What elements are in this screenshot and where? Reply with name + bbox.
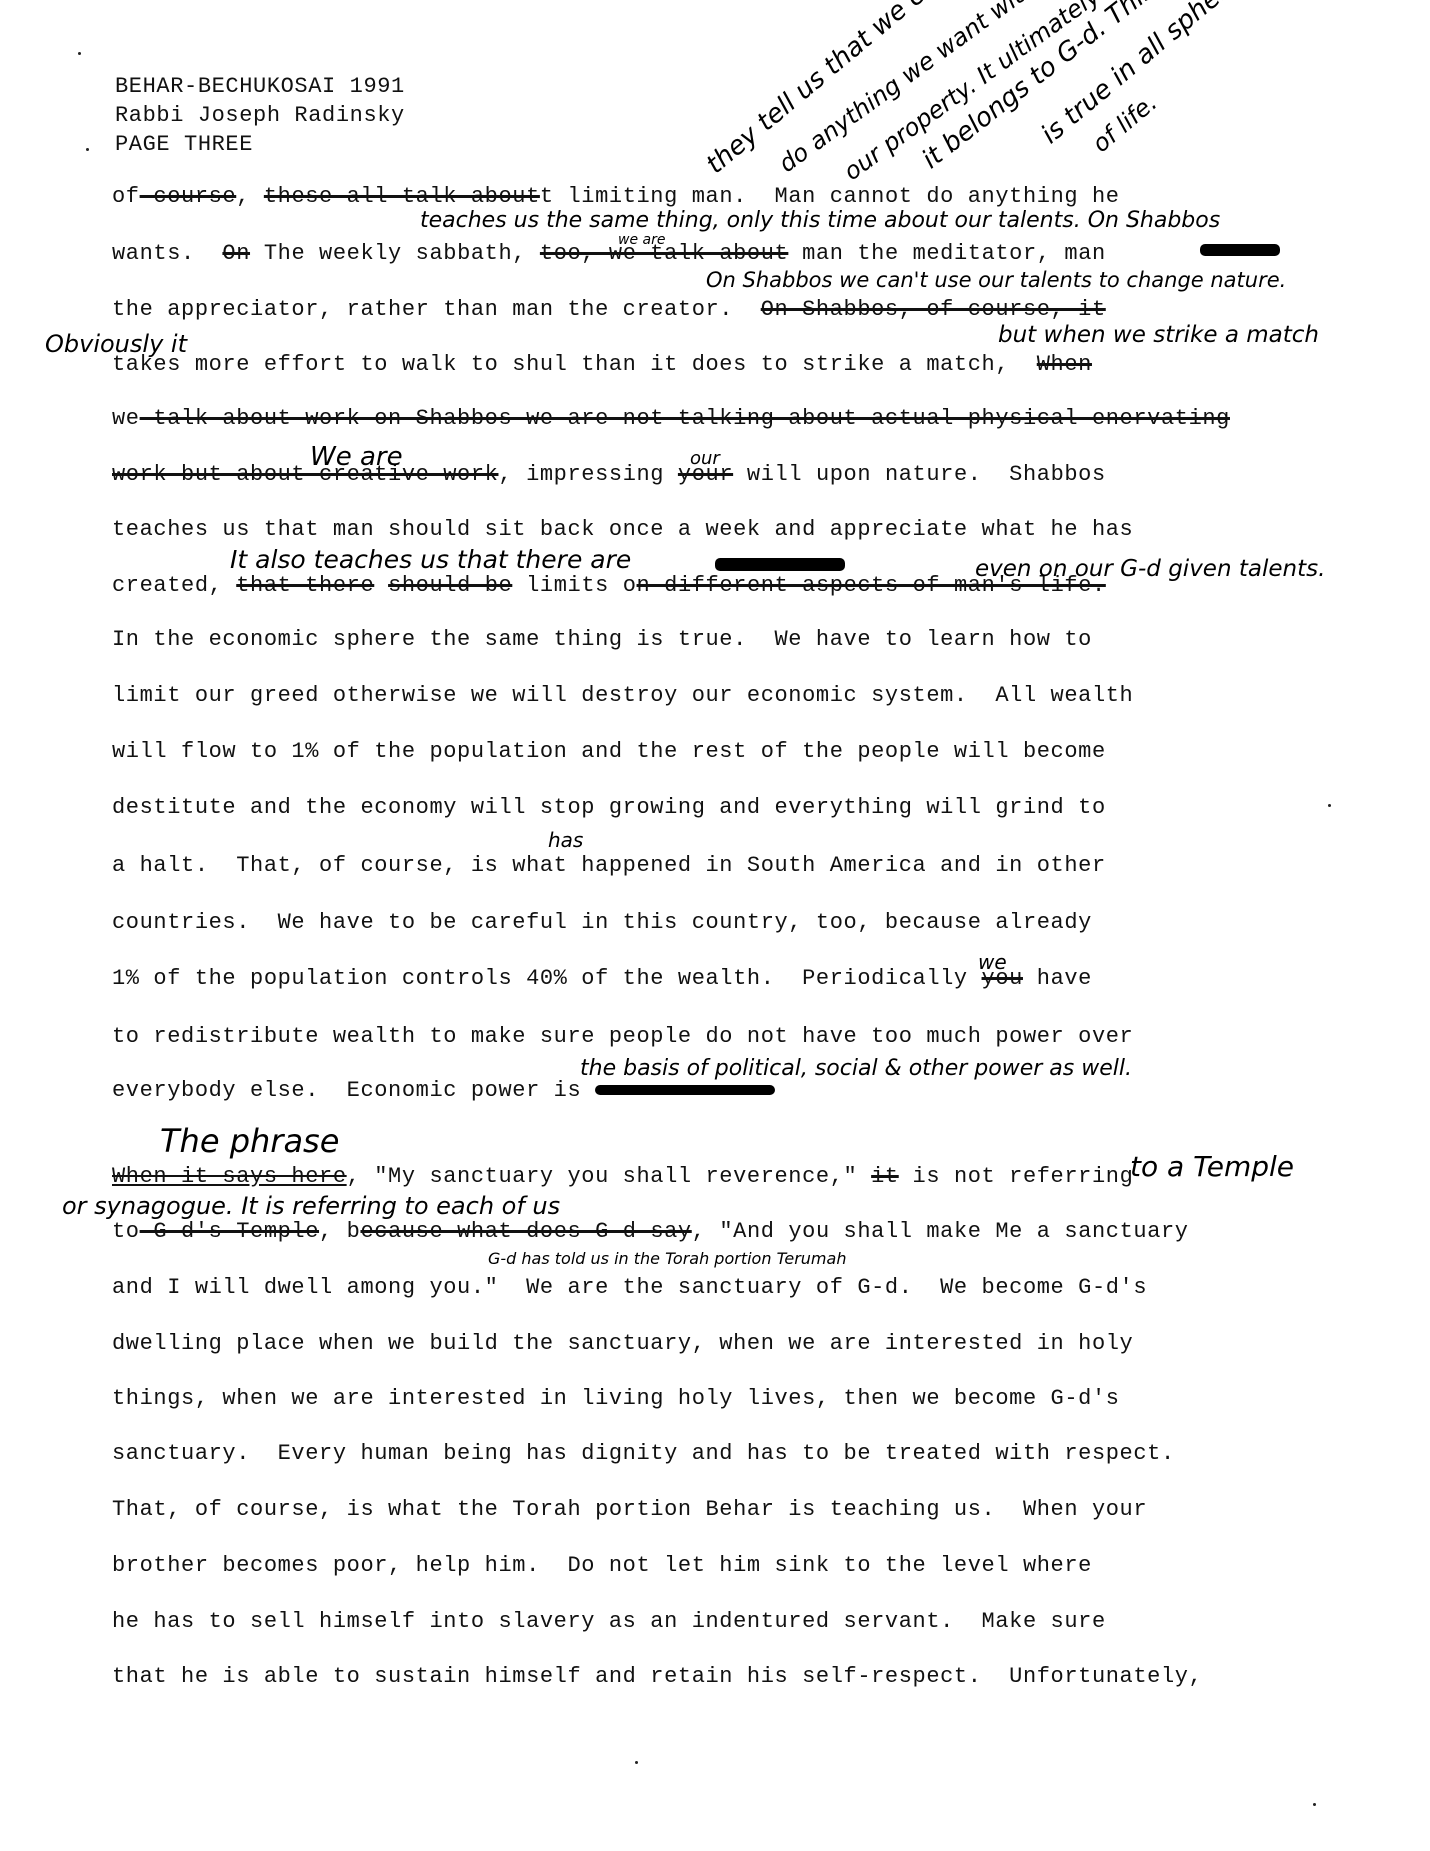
- text: t limiting man. Man cannot do anything h…: [540, 184, 1120, 209]
- scan-speck: [86, 148, 89, 151]
- handwritten-insert-line2: teaches us the same thing, only this tim…: [420, 208, 1220, 233]
- text: man the meditator, man: [788, 241, 1105, 266]
- handwritten-insert-line3: On Shabbos we can't use our talents to c…: [706, 268, 1286, 292]
- text-line-20: and I will dwell among you." We are the …: [112, 1275, 1147, 1300]
- ink-blot: [1200, 244, 1280, 256]
- text-line-27: that he is able to sustain himself and r…: [112, 1664, 1202, 1689]
- struck-text: ecause what does G-d say: [360, 1219, 691, 1244]
- ink-blot: [595, 1085, 775, 1095]
- text-line-18: When it says here, "My sanctuary you sha…: [112, 1164, 1133, 1189]
- text: have: [1023, 966, 1092, 991]
- text-line-6: work but about creative work, impressing…: [112, 462, 1106, 487]
- text: takes more effort to walk to shul than i…: [112, 352, 1037, 377]
- text-line-11: will flow to 1% of the population and th…: [112, 739, 1106, 764]
- text-line-16: to redistribute wealth to make sure peop…: [112, 1024, 1133, 1049]
- text: will upon nature. Shabbos: [733, 462, 1106, 487]
- text-line-10: limit our greed otherwise we will destro…: [112, 683, 1133, 708]
- text: limits o: [512, 573, 636, 598]
- text: The weekly sabbath,: [250, 241, 540, 266]
- struck-text: talk about work on Shabbos we are not ta…: [140, 406, 1230, 431]
- struck-text: that there: [236, 573, 374, 598]
- text: to: [112, 1219, 140, 1244]
- handwritten-insert-line8: It also teaches us that there are: [230, 545, 631, 574]
- text-line-4: takes more effort to walk to shul than i…: [112, 352, 1092, 377]
- text-line-13: a halt. That, of course, is what happene…: [112, 853, 1106, 878]
- handwritten-has: has: [548, 828, 583, 852]
- handwritten-insert-line19: or synagogue. It is referring to each of…: [62, 1192, 560, 1220]
- scan-speck: [1313, 1803, 1316, 1806]
- struck-text: it: [871, 1164, 899, 1189]
- text: wants.: [112, 241, 222, 266]
- document-page: BEHAR-BECHUKOSAI 1991 Rabbi Joseph Radin…: [0, 0, 1430, 1851]
- handwritten-insert-line4: but when we strike a match: [998, 322, 1319, 348]
- page-label: PAGE THREE: [115, 132, 253, 157]
- text: , impressing: [498, 462, 677, 487]
- text-line-12: destitute and the economy will stop grow…: [112, 795, 1106, 820]
- struck-text: On: [222, 241, 250, 266]
- handwritten-we-are: We are: [310, 442, 403, 472]
- text: everybody else. Economic power is: [112, 1078, 595, 1103]
- struck-text: On Shabbos, of course, it: [761, 297, 1106, 322]
- text-line-2: wants. On The weekly sabbath, too, we ta…: [112, 241, 1106, 266]
- handwritten-margin-obviously: Obviously it: [45, 330, 187, 358]
- text-line-25: brother becomes poor, help him. Do not l…: [112, 1553, 1092, 1578]
- text: , "And you shall make Me a sanctuary: [692, 1219, 1189, 1244]
- handwritten-we: we: [978, 950, 1007, 974]
- text-line-17: everybody else. Economic power is: [112, 1078, 775, 1103]
- text-line-14: countries. We have to be careful in this…: [112, 910, 1092, 935]
- text-line-24: That, of course, is what the Torah porti…: [112, 1497, 1147, 1522]
- text: , "My sanctuary you shall reverence,": [347, 1164, 871, 1189]
- document-title: BEHAR-BECHUKOSAI 1991: [115, 74, 405, 99]
- handwritten-insert-line20: G-d has told us in the Torah portion Ter…: [488, 1249, 846, 1268]
- scan-speck: [635, 1761, 638, 1764]
- text: created,: [112, 573, 236, 598]
- handwritten-the-phrase: The phrase: [160, 1122, 339, 1160]
- struck-text: these all talk about: [264, 184, 540, 209]
- text: [374, 573, 388, 598]
- text-line-8: created, that there should be limits on …: [112, 573, 1106, 598]
- struck-text: G-d's Temple: [140, 1219, 319, 1244]
- struck-text: should be: [388, 573, 512, 598]
- text-line-21: dwelling place when we build the sanctua…: [112, 1331, 1133, 1356]
- ink-blot: [715, 558, 845, 571]
- text-line-19: to G-d's Temple, because what does G-d s…: [112, 1219, 1189, 1244]
- text: ,: [236, 184, 264, 209]
- text: 1% of the population controls 40% of the…: [112, 966, 982, 991]
- text-line-7: teaches us that man should sit back once…: [112, 517, 1133, 542]
- text-line-22: things, when we are interested in living…: [112, 1386, 1120, 1411]
- struck-text: When it says here: [112, 1164, 347, 1189]
- struck-text: -course: [140, 184, 237, 209]
- handwritten-to-a-temple: to a Temple: [1130, 1150, 1294, 1183]
- scan-speck: [1328, 804, 1331, 807]
- text-line-23: sanctuary. Every human being has dignity…: [112, 1441, 1175, 1466]
- scan-speck: [78, 52, 81, 55]
- document-author: Rabbi Joseph Radinsky: [115, 103, 405, 128]
- handwritten-end-line8: even on our G-d given talents.: [975, 556, 1325, 582]
- text-line-5: we talk about work on Shabbos we are not…: [112, 406, 1230, 431]
- text-line-9: In the economic sphere the same thing is…: [112, 627, 1092, 652]
- text: is not referring: [899, 1164, 1134, 1189]
- text: , b: [319, 1219, 360, 1244]
- struck-text: When: [1037, 352, 1092, 377]
- text-line-15: 1% of the population controls 40% of the…: [112, 966, 1092, 991]
- handwritten-insert-line17: the basis of political, social & other p…: [580, 1056, 1132, 1081]
- handwritten-we-are-small: we are: [618, 232, 665, 248]
- text-line-3: the appreciator, rather than man the cre…: [112, 297, 1106, 322]
- text: we: [112, 406, 140, 431]
- text-line-1: of-course, these all talk aboutt limitin…: [112, 184, 1120, 209]
- handwritten-our: our: [690, 448, 720, 469]
- text: teaches us that man should sit back once…: [112, 517, 1133, 542]
- text: of: [112, 184, 140, 209]
- text-line-26: he has to sell himself into slavery as a…: [112, 1609, 1106, 1634]
- text: the appreciator, rather than man the cre…: [112, 297, 761, 322]
- struck-text: work but about creative work: [112, 462, 498, 487]
